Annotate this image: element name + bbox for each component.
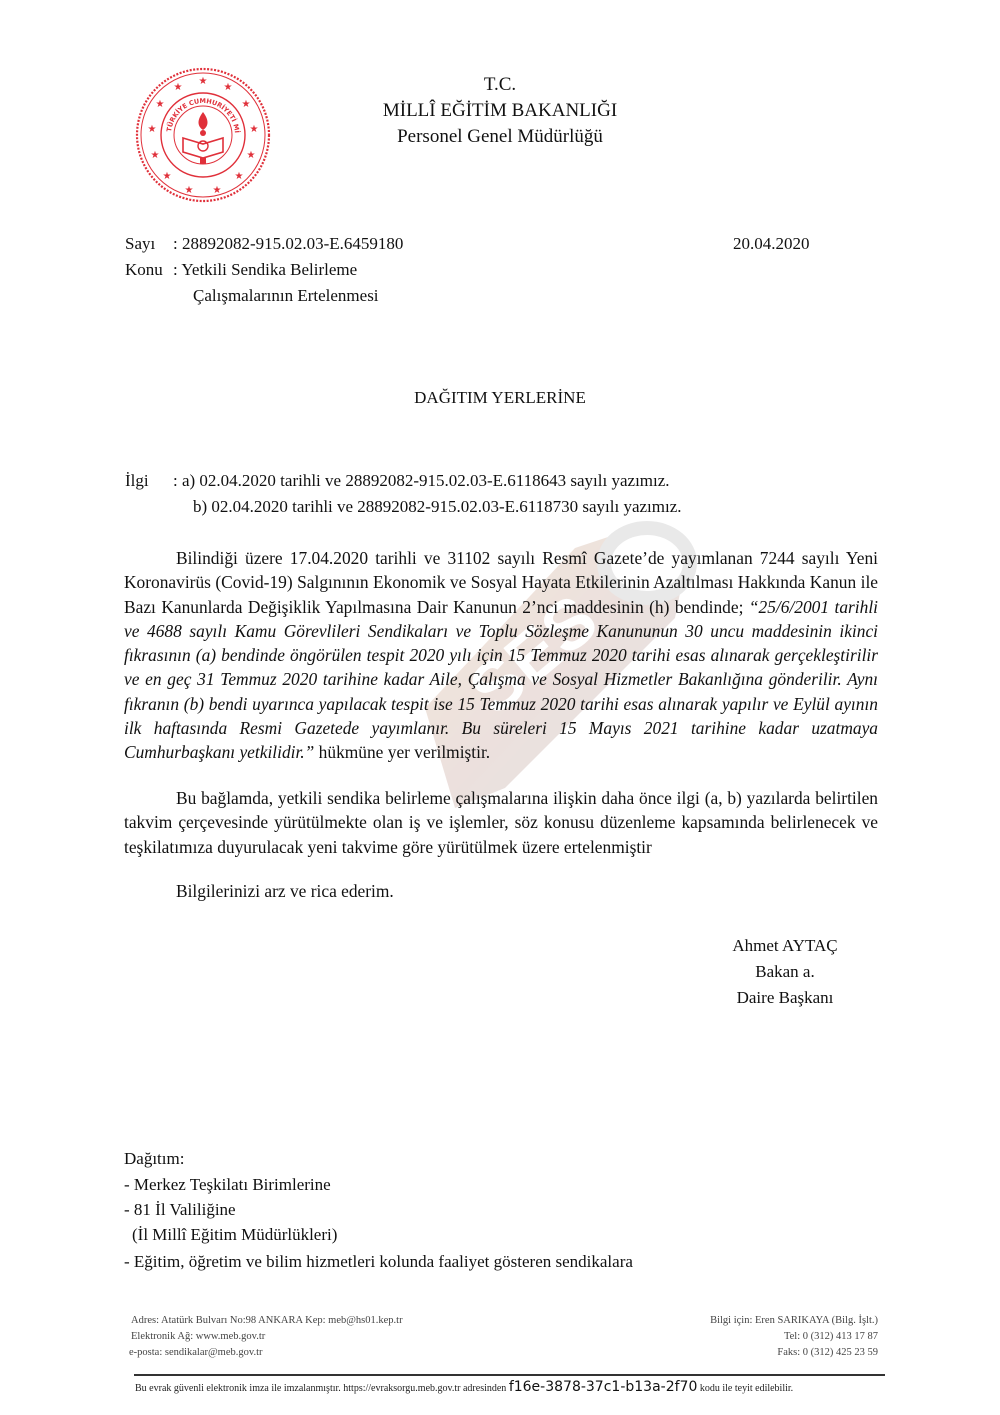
signatory-name: Ahmet AYTAÇ — [690, 933, 880, 959]
svg-text:★: ★ — [199, 76, 208, 87]
footer-address: Adres: Atatürk Bulvarı No:98 ANKARA Kep:… — [131, 1314, 403, 1328]
header-department: Personel Genel Müdürlüğü — [300, 125, 700, 149]
distribution-item: - Eğitim, öğretim ve bilim hizmetleri ko… — [124, 1249, 633, 1275]
header-tc: T.C. — [300, 73, 700, 97]
distribution-item: - 81 İl Valiliğine — [124, 1197, 236, 1223]
svg-text:★: ★ — [185, 185, 194, 196]
svg-text:★: ★ — [151, 150, 160, 161]
footer-contact-person: Bilgi için: Eren SARIKAYA (Bilg. İşlt.) — [710, 1314, 878, 1328]
footer-email: e-posta: sendikalar@meb.gov.tr — [129, 1346, 263, 1360]
svg-text:★: ★ — [174, 82, 183, 93]
footer-website: Elektronik Ağ: www.meb.gov.tr — [131, 1330, 265, 1344]
footer-phone: Tel: 0 (312) 413 17 87 — [784, 1330, 878, 1344]
svg-text:★: ★ — [242, 99, 251, 110]
body-paragraph-1: Bilindiği üzere 17.04.2020 tarihli ve 31… — [124, 546, 878, 765]
sayi-value: : 28892082-915.02.03-E.6459180 — [173, 232, 403, 256]
meb-seal-icon: ★ ★ ★ ★ ★ ★ ★ ★ ★ ★ ★ ★ ★ TÜRKİYE CUMHUR… — [133, 66, 273, 204]
ilgi-label: İlgi — [125, 469, 149, 493]
sayi-label: Sayı — [125, 232, 155, 256]
ilgi-reference-b: b) 02.04.2020 tarihli ve 28892082-915.02… — [193, 495, 682, 519]
distribution-item: - Merkez Teşkilatı Birimlerine — [124, 1172, 331, 1198]
document-date: 20.04.2020 — [733, 232, 810, 256]
konu-value-continued: Çalışmalarının Ertelenmesi — [193, 284, 379, 308]
konu-value: : Yetkili Sendika Belirleme — [173, 258, 357, 282]
signatory-title-2: Daire Başkanı — [690, 985, 880, 1011]
footer-divider — [134, 1374, 885, 1376]
para1-quote: “25/6/2001 tarihli ve 4688 sayılı Kamu G… — [124, 597, 878, 763]
addressee-heading: DAĞITIM YERLERİNE — [300, 388, 700, 408]
svg-text:★: ★ — [247, 150, 256, 161]
signatory-title-1: Bakan a. — [690, 959, 880, 985]
svg-text:★: ★ — [148, 124, 157, 135]
svg-text:★: ★ — [156, 99, 165, 110]
verification-note: Bu evrak güvenli elektronik imza ile imz… — [135, 1379, 793, 1395]
distribution-item-sub: (İl Millî Eğitim Müdürlükleri) — [132, 1222, 337, 1248]
body-paragraph-2: Bu bağlamda, yetkili sendika belirleme ç… — [124, 786, 878, 859]
svg-text:★: ★ — [224, 82, 233, 93]
distribution-title: Dağıtım: — [124, 1146, 184, 1172]
body-paragraph-3: Bilgilerinizi arz ve rica ederim. — [124, 879, 878, 903]
svg-text:★: ★ — [250, 124, 259, 135]
svg-text:★: ★ — [163, 171, 172, 182]
konu-label: Konu — [125, 258, 163, 282]
footer-fax: Faks: 0 (312) 425 23 59 — [777, 1346, 878, 1360]
header-ministry: MİLLÎ EĞİTİM BAKANLIĞI — [300, 99, 700, 123]
verification-code: f16e-3878-37c1-b13a-2f70 — [509, 1379, 698, 1395]
verify-prefix: Bu evrak güvenli elektronik imza ile imz… — [135, 1383, 509, 1394]
verify-suffix: kodu ile teyit edilebilir. — [697, 1383, 793, 1394]
svg-text:★: ★ — [213, 185, 222, 196]
svg-text:★: ★ — [235, 171, 244, 182]
para1-outro: hükmüne yer verilmiştir. — [314, 742, 490, 762]
ilgi-reference-a: : a) 02.04.2020 tarihli ve 28892082-915.… — [173, 469, 670, 493]
